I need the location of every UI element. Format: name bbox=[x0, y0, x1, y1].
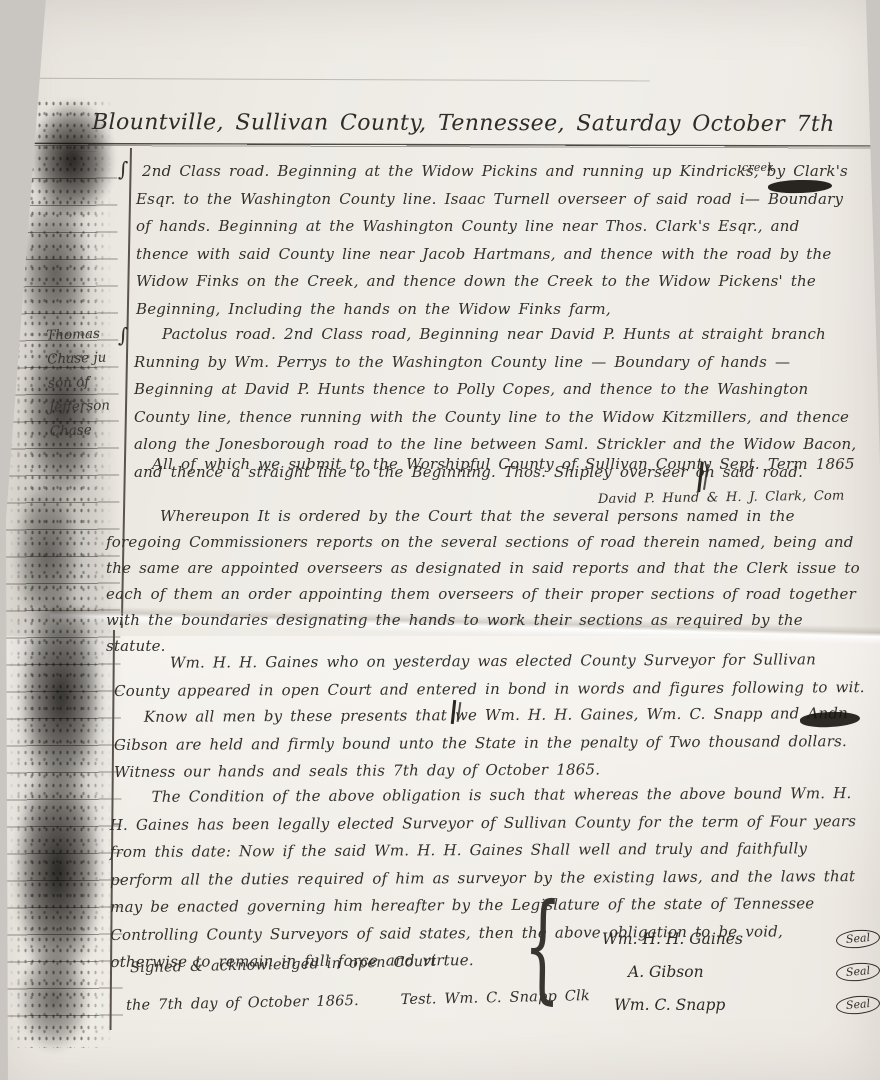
header-dateline: Blountville, Sullivan County, Tennessee,… bbox=[92, 110, 835, 137]
signature-name: Wm. H. H. Gaines bbox=[602, 930, 743, 948]
scanned-document-backdrop: Blountville, Sullivan County, Tennessee,… bbox=[0, 0, 880, 1080]
header-underline bbox=[28, 143, 880, 150]
notebook-ruled-lines bbox=[1, 152, 123, 1035]
pre-header-rule bbox=[0, 78, 650, 82]
signature-row: Wm. C. Snapp Seal bbox=[588, 988, 880, 1021]
signature-row: Wm. H. H. Gaines Seal bbox=[588, 922, 880, 955]
signature-name: A. Gibson bbox=[628, 963, 704, 981]
margin-note-line: son of bbox=[48, 368, 141, 395]
signature-name: Wm. C. Snapp bbox=[614, 996, 725, 1014]
submission-line: All of which we submit to the Worshipful… bbox=[152, 451, 852, 479]
paragraph-surveyor-elected: Wm. H. H. Gaines who on yesterday was el… bbox=[114, 646, 870, 705]
paragraph-road-second-class: 2nd Class road. Beginning at the Widow P… bbox=[136, 158, 858, 323]
signature-row: A. Gibson Seal bbox=[588, 955, 880, 988]
attestation-brace: { bbox=[523, 895, 562, 998]
margin-note-line: Chase bbox=[49, 416, 142, 443]
margin-note: Thomas Chase ju son of Jefferson Chase bbox=[46, 320, 142, 443]
paragraph-bond: Know all men by these presents that we W… bbox=[114, 700, 866, 786]
attestation-date: the 7th day of October 1865. bbox=[126, 993, 359, 1014]
margin-note-line: Chase ju bbox=[47, 344, 140, 371]
header: Blountville, Sullivan County, Tennessee,… bbox=[92, 102, 872, 138]
margin-note-line: Jefferson bbox=[48, 392, 141, 419]
seal-badge: Seal bbox=[835, 928, 880, 950]
document-page: Blountville, Sullivan County, Tennessee,… bbox=[0, 0, 880, 1080]
attestation-test: Test. Wm. C. Snapp Clk bbox=[400, 988, 590, 1008]
seal-badge: Seal bbox=[835, 961, 880, 983]
margin-note-line: Thomas bbox=[46, 320, 139, 347]
seal-badge: Seal bbox=[835, 994, 880, 1016]
section-mark: ∫ bbox=[118, 156, 129, 184]
paragraph-court-order: Whereupon It is ordered by the Court tha… bbox=[106, 503, 868, 659]
signature-block: Wm. H. H. Gaines Seal A. Gibson Seal Wm.… bbox=[588, 922, 880, 1021]
interline-word: creek bbox=[742, 162, 774, 173]
